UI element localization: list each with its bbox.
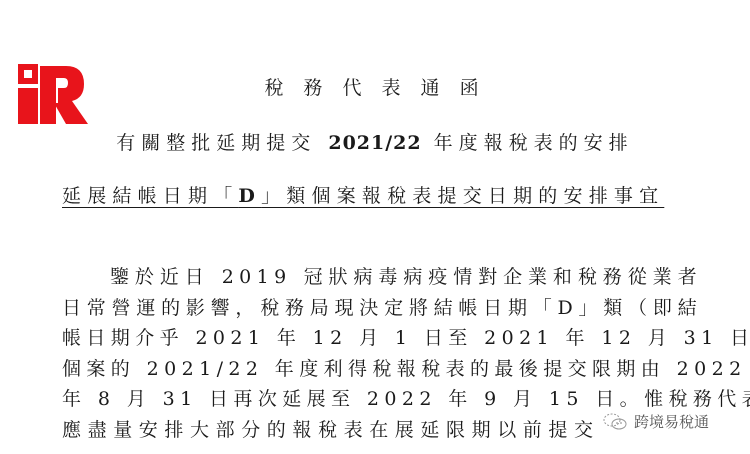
subtitle-year: 2021/22	[328, 132, 421, 154]
document-title: 稅 務 代 表 通 函	[0, 73, 750, 100]
body-line: 帳日期介乎 2021 年 12 月 1 日至 2021 年 12 月 31 日者…	[62, 323, 702, 354]
body-line: 個案的 2021/22 年度利得稅報稅表的最後提交限期由 2022	[62, 354, 702, 385]
topic-pre: 延展結帳日期「	[62, 185, 238, 207]
body-line: 日常營運的影響，稅務局現決定將結帳日期「D」類（即結	[62, 293, 702, 324]
topic-code: D	[238, 185, 261, 207]
body-line: 鑒於近日 2019 冠狀病毒病疫情對企業和稅務從業者	[62, 262, 702, 293]
subtitle-pre: 有關整批延期提交	[116, 132, 316, 154]
document-topic: 延展結帳日期「D」類個案報稅表提交日期的安排事宜	[62, 181, 664, 208]
subtitle-post: 年度報稅表的安排	[434, 132, 634, 154]
wechat-icon	[602, 412, 628, 432]
watermark-text: 跨境易稅通	[634, 411, 709, 432]
topic-post: 」類個案報稅表提交日期的安排事宜	[261, 185, 664, 207]
document-subtitle: 有關整批延期提交 2021/22 年度報稅表的安排	[0, 128, 750, 155]
watermark: 跨境易稅通	[598, 409, 713, 434]
